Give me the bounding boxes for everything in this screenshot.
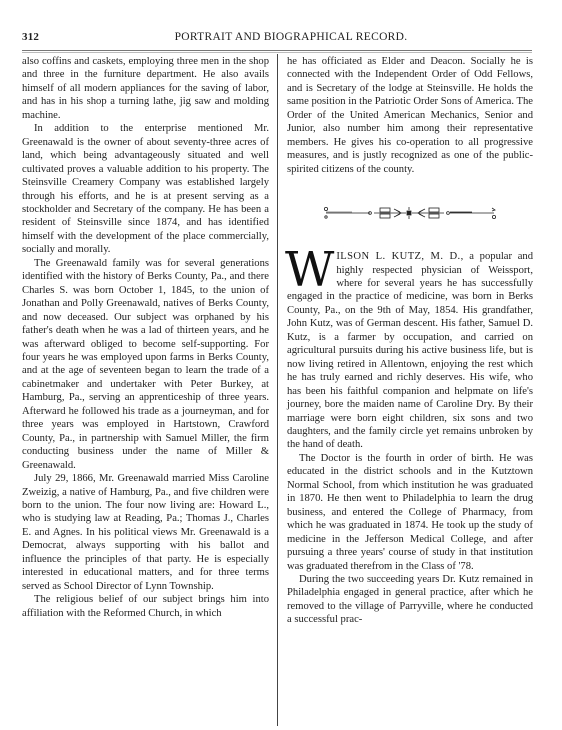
header-rule-secondary — [22, 52, 532, 53]
paragraph: The religious belief of our subject brin… — [22, 593, 269, 620]
paragraph: The Greenawald family was for several ge… — [22, 257, 269, 472]
paragraph: During the two succeeding years Dr. Kutz… — [287, 573, 533, 627]
paragraph: he has officiated as Elder and Deacon. S… — [287, 55, 533, 176]
header-rule — [22, 50, 532, 51]
column-divider — [277, 54, 278, 726]
paragraph: The Doctor is the fourth in order of bir… — [287, 452, 533, 573]
biography-opening-paragraph: WILSON L. KUTZ, M. D., a popular and hig… — [287, 250, 533, 452]
biography-lead-in: ILSON L. KUTZ, M. D., — [336, 251, 463, 262]
drop-cap: W — [285, 251, 332, 289]
paragraph: also coffins and caskets, employing thre… — [22, 55, 269, 122]
right-column: he has officiated as Elder and Deacon. S… — [287, 55, 533, 627]
left-column: also coffins and caskets, employing thre… — [22, 55, 269, 620]
section-divider-ornament-icon — [322, 206, 498, 220]
paragraph: In addition to the enterprise mentioned … — [22, 122, 269, 257]
running-title: PORTRAIT AND BIOGRAPHICAL RECORD. — [0, 31, 562, 43]
paragraph: July 29, 1866, Mr. Greenawald married Mi… — [22, 472, 269, 593]
